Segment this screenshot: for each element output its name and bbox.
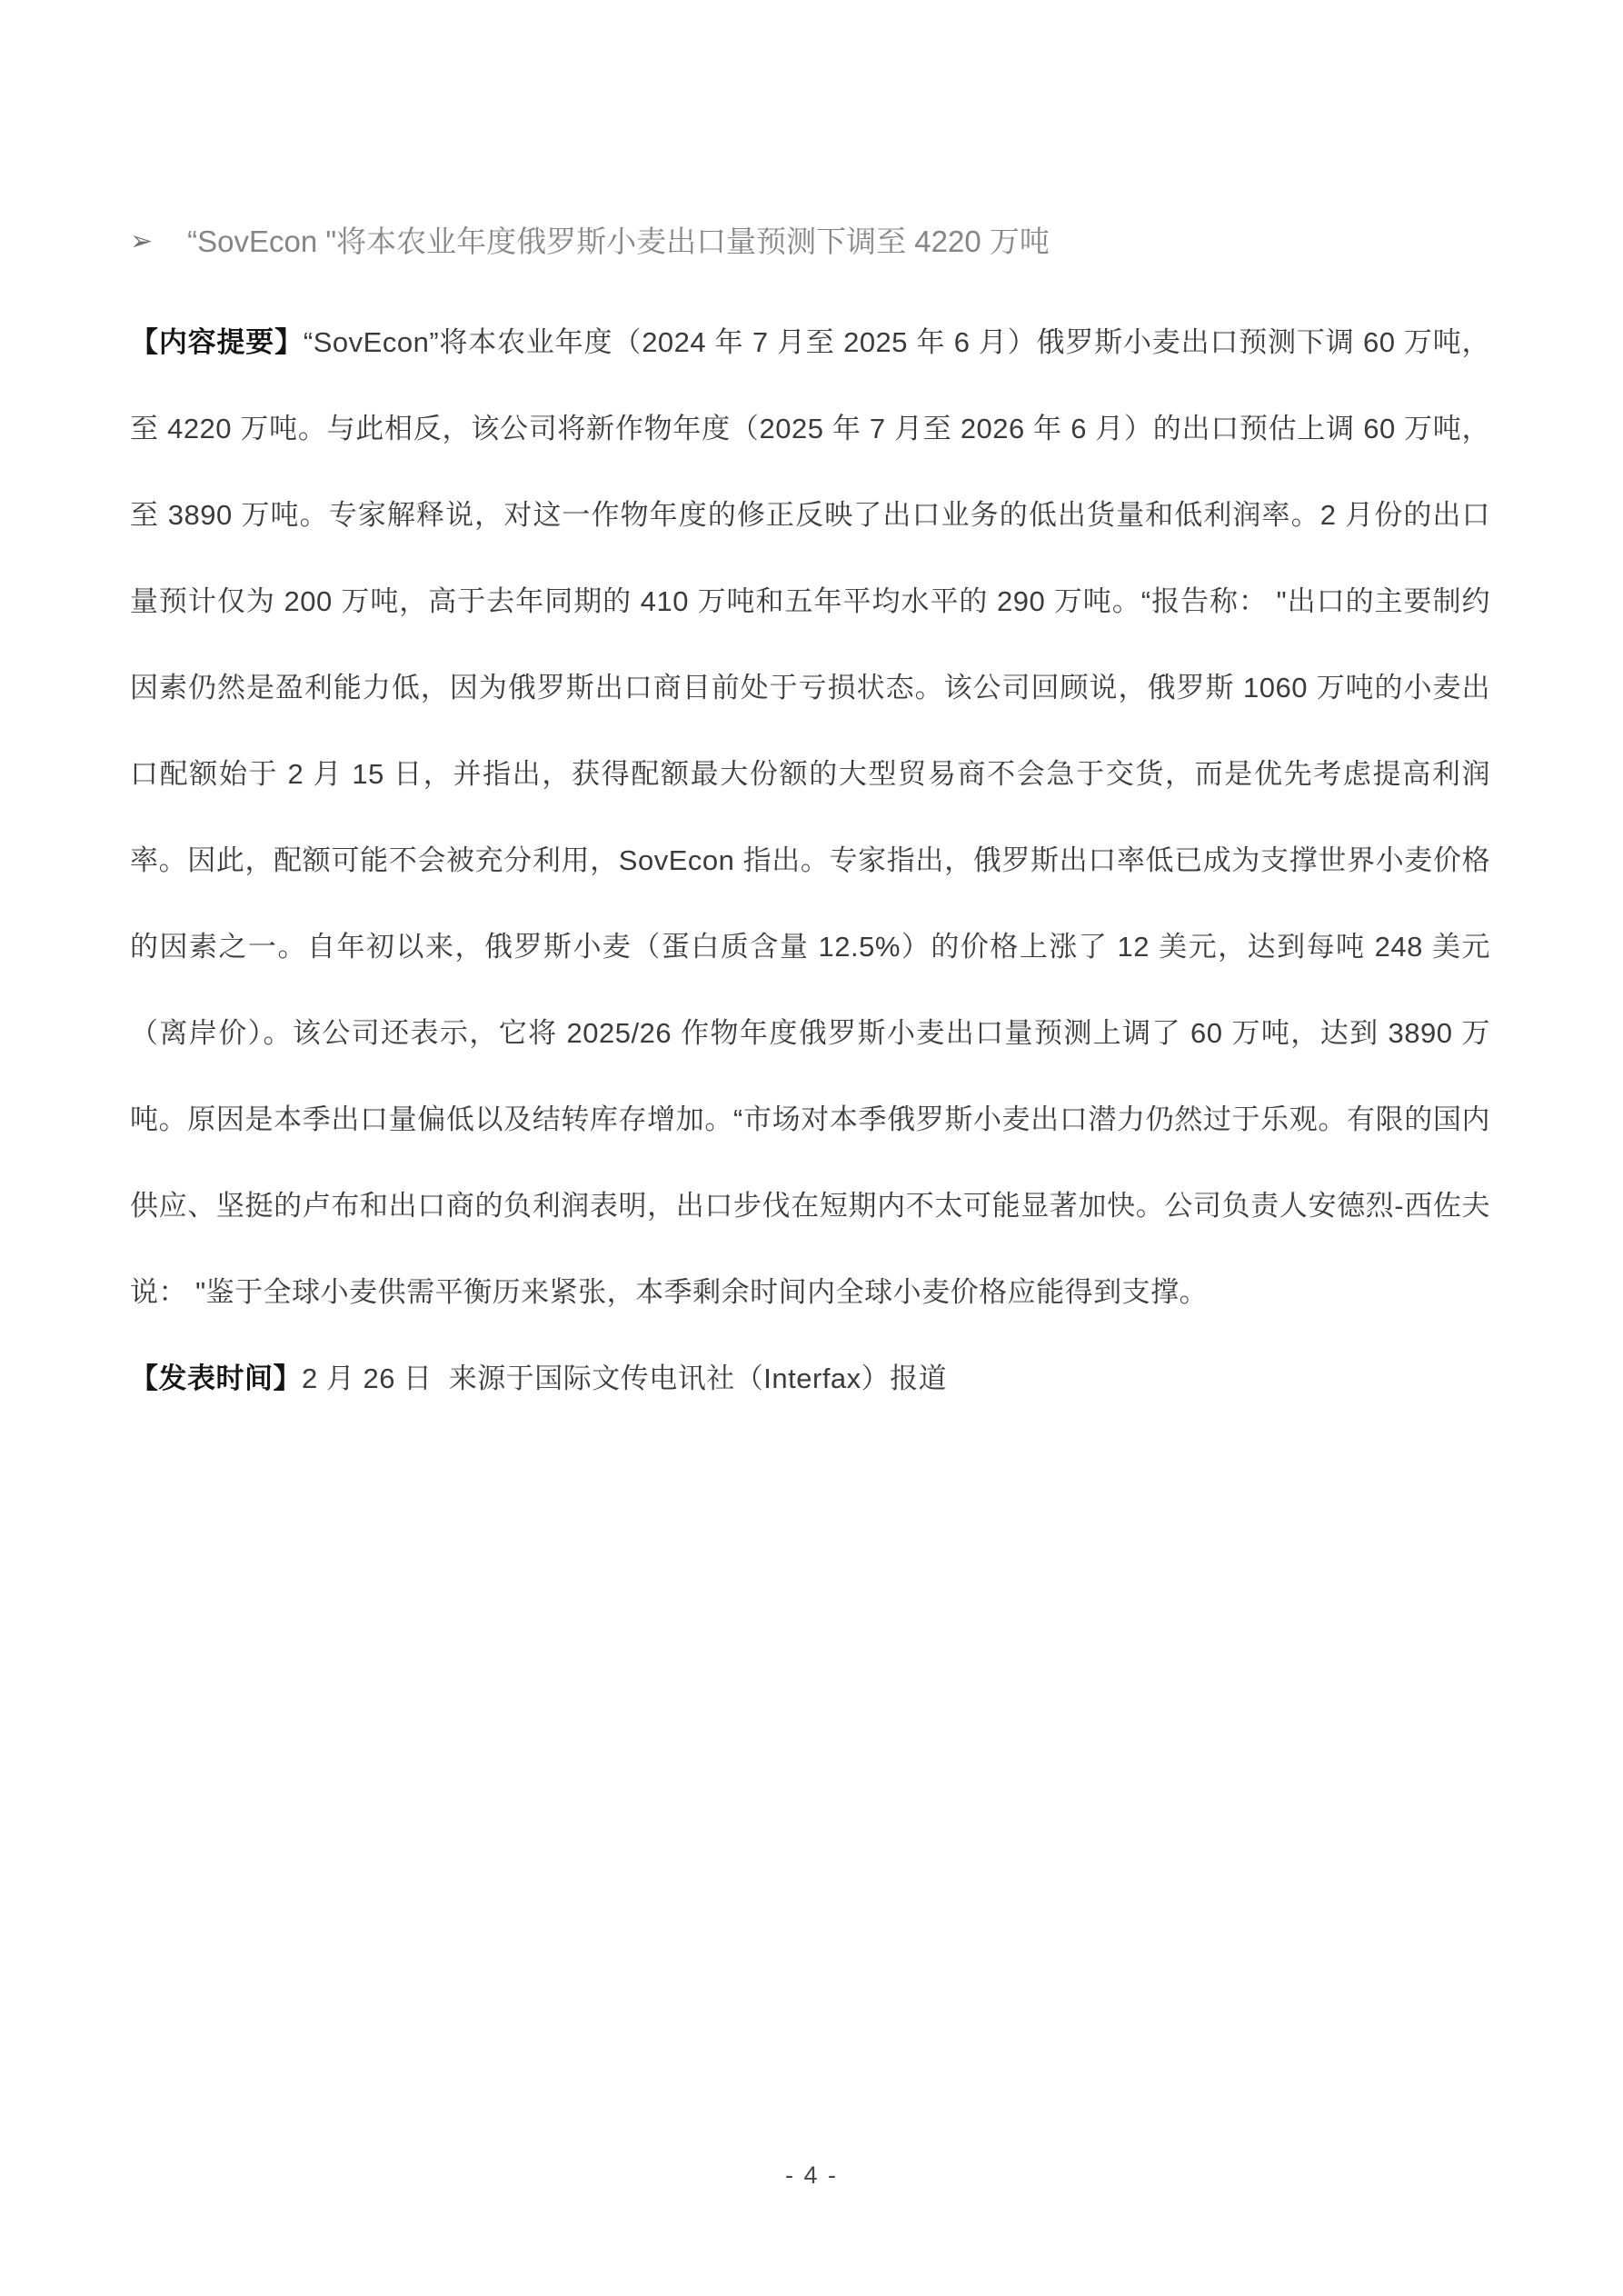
- article-heading: ➢“SovEcon "将本农业年度俄罗斯小麦出口量预测下调至 4220 万吨: [130, 198, 1490, 286]
- page-content: ➢“SovEcon "将本农业年度俄罗斯小麦出口量预测下调至 4220 万吨 【…: [130, 198, 1490, 1422]
- publish-date-line: 【发表时间】2 月 26 日 来源于国际文传电讯社（Interfax）报道: [130, 1335, 1490, 1422]
- summary-text: “SovEcon”将本农业年度（2024 年 7 月至 2025 年 6 月）俄…: [130, 326, 1490, 1308]
- publish-label: 【发表时间】: [130, 1363, 302, 1394]
- summary-paragraph: 【内容提要】“SovEcon”将本农业年度（2024 年 7 月至 2025 年…: [130, 299, 1490, 1335]
- article-heading-text: “SovEcon "将本农业年度俄罗斯小麦出口量预测下调至 4220 万吨: [187, 225, 1050, 258]
- summary-label: 【内容提要】: [130, 326, 304, 358]
- document-page: ➢“SovEcon "将本农业年度俄罗斯小麦出口量预测下调至 4220 万吨 【…: [0, 0, 1623, 2296]
- page-number: - 4 -: [0, 2161, 1623, 2190]
- publish-text: 2 月 26 日 来源于国际文传电讯社（Interfax）报道: [302, 1363, 947, 1394]
- arrow-bullet-icon: ➢: [130, 198, 153, 285]
